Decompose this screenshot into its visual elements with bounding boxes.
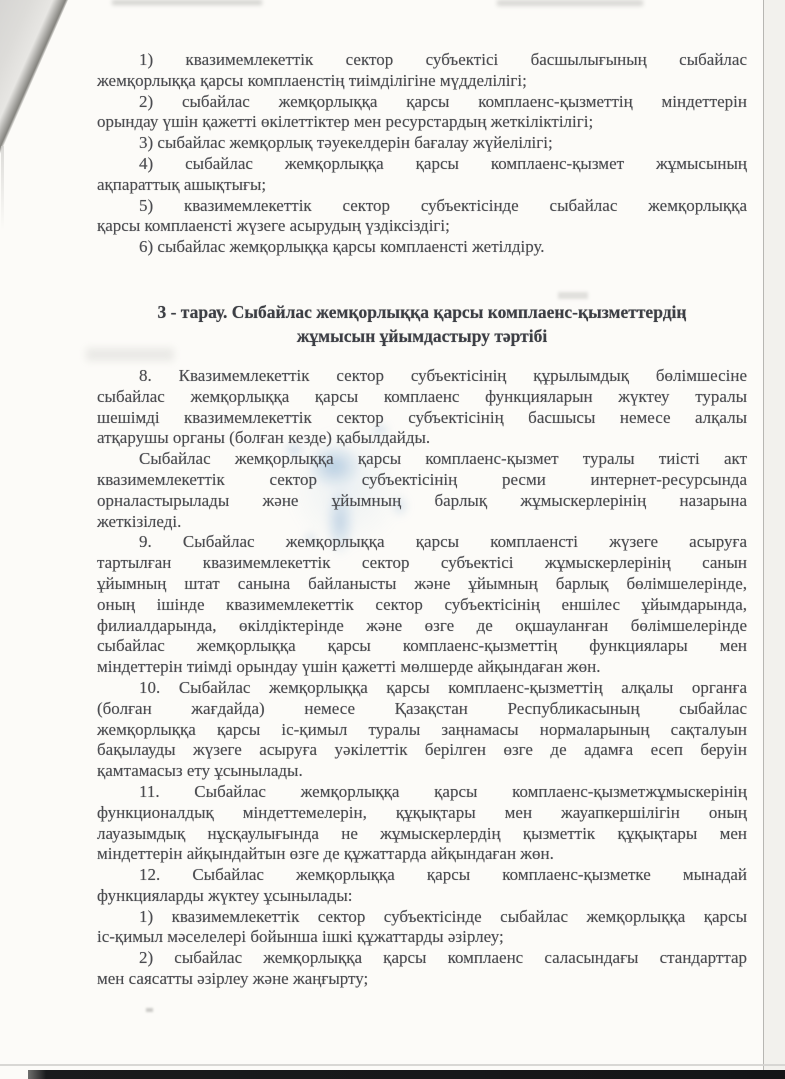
paragraph-9: 9. Сыбайлас жемқорлыққа қарсы комплаенст… (97, 532, 747, 678)
para-line: мен саясатты әзірлеу және жаңғырту; (97, 969, 747, 990)
para-line: ұйымның штат санына байланысты және ұйым… (97, 574, 747, 595)
list-line: 6) сыбайлас жемқорлыққа қарсы комплаенст… (97, 237, 747, 258)
para-line: (болған жағдайда) немесе Қазақстан Респу… (97, 699, 747, 720)
list-line: 2) сыбайлас жемқорлыққа қарсы комплаенс-… (97, 92, 747, 113)
para-line: сыбайлас жемқорлыққа қарсы комплаенс фун… (97, 387, 747, 408)
paragraph-12-subitem-1: 1) квазимемлекеттік сектор субъектісінде… (97, 907, 747, 949)
paragraph-12-subitem-2: 2) сыбайлас жемқорлыққа қарсы комплаенс … (97, 948, 747, 990)
scan-smudge (112, 0, 262, 5)
body-text-column: 1) квазимемлекеттік сектор субъектісі ба… (97, 50, 747, 990)
scan-smudge (497, 0, 643, 6)
scanner-bottom-bar (28, 1070, 785, 1079)
list-line: орындау үшін қажетті өкілеттіктер мен ре… (97, 112, 747, 133)
para-line: сыбайлас жемқорлыққа қарсы комплаенс-қыз… (97, 636, 747, 657)
para-line: 10. Сыбайлас жемқорлыққа қарсы комплаенс… (97, 678, 747, 699)
paragraph-8-continuation: Сыбайлас жемқорлыққа қарсы комплаенс-қыз… (97, 449, 747, 532)
para-line: жеткізіледі. (97, 512, 747, 533)
para-line: міндеттерін айқындайтын өзге де құжаттар… (97, 844, 747, 865)
chapter-heading-line: 3 - тарау. Сыбайлас жемқорлыққа қарсы ко… (97, 300, 747, 325)
chapter-heading: 3 - тарау. Сыбайлас жемқорлыққа қарсы ко… (97, 300, 747, 349)
para-line: жемқорлыққа қарсы іс-қимыл туралы заңнам… (97, 720, 747, 741)
list-line: 3) сыбайлас жемқорлық тәуекелдерін бағал… (97, 133, 747, 154)
list-line: ақпараттық ашықтығы; (97, 175, 747, 196)
para-line: 2) сыбайлас жемқорлыққа қарсы комплаенс … (97, 948, 747, 969)
para-line: 1) квазимемлекеттік сектор субъектісінде… (97, 907, 747, 928)
para-line: 11. Сыбайлас жемқорлыққа қарсы комплаенс… (97, 782, 747, 803)
para-line: қамтамасыз ету ұсынылады. (97, 761, 747, 782)
page-fold-corner (0, 0, 70, 156)
paragraph-12: 12. Сыбайлас жемқорлыққа қарсы комплаенс… (97, 865, 747, 907)
para-line: филиалдарында, өкілдіктерінде және өзге … (97, 616, 747, 637)
list-line: 4) сыбайлас жемқорлыққа қарсы комплаенс-… (97, 154, 747, 175)
bottom-edge-line (0, 1064, 785, 1066)
para-line: бақылауды жүзеге асыруға уәкілеттік бері… (97, 740, 747, 761)
para-line: оның ішінде квазимемлекеттік сектор субъ… (97, 595, 747, 616)
para-line: тартылған квазимемлекеттік сектор субъек… (97, 553, 747, 574)
para-line: функционалдық міндеттемелерін, құқықтары… (97, 803, 747, 824)
para-line: орналастырылады және ұйымның барлық жұмы… (97, 491, 747, 512)
para-line: шешімді квазимемлекеттік сектор субъекті… (97, 408, 747, 429)
list-line: қарсы комплаенсті жүзеге асырудың үздікс… (97, 216, 747, 237)
para-line: міндеттерін тиімді орындау үшін қажетті … (97, 657, 747, 678)
para-line: квазимемлекеттік сектор субъектісінің ре… (97, 470, 747, 491)
para-line: 12. Сыбайлас жемқорлыққа қарсы комплаенс… (97, 865, 747, 886)
paragraph-10: 10. Сыбайлас жемқорлыққа қарсы комплаенс… (97, 678, 747, 782)
list-line: жемқорлыққа қарсы комплаенстің тиімділіг… (97, 71, 747, 92)
right-page-edge (763, 0, 785, 1079)
scanned-document-page: 1) квазимемлекеттік сектор субъектісі ба… (0, 0, 785, 1079)
paragraph-11: 11. Сыбайлас жемқорлыққа қарсы комплаенс… (97, 782, 747, 865)
para-line: іс-қимыл мәселелері бойынша ішкі құжатта… (97, 927, 747, 948)
chapter-heading-line: жұмысын ұйымдастыру тәртібі (97, 324, 747, 349)
scan-smudge (146, 1008, 153, 1012)
para-line: Сыбайлас жемқорлыққа қарсы комплаенс-қыз… (97, 449, 747, 470)
para-line: лауазымдық нұсқаулығында не жұмыскерлерд… (97, 824, 747, 845)
list-line: 1) квазимемлекеттік сектор субъектісі ба… (97, 50, 747, 71)
list-line: 5) квазимемлекеттік сектор субъектісінде… (97, 196, 747, 217)
left-edge-crease (1, 146, 4, 230)
numbered-list: 1) квазимемлекеттік сектор субъектісі ба… (97, 50, 747, 258)
para-line: атқарушы органы (болған кезде) қабылдайд… (97, 428, 747, 449)
para-line: 9. Сыбайлас жемқорлыққа қарсы комплаенст… (97, 532, 747, 553)
para-line: 8. Квазимемлекеттік сектор субъектісінің… (97, 366, 747, 387)
paragraph-8: 8. Квазимемлекеттік сектор субъектісінің… (97, 366, 747, 449)
para-line: функцияларды жүктеу ұсынылады: (97, 886, 747, 907)
